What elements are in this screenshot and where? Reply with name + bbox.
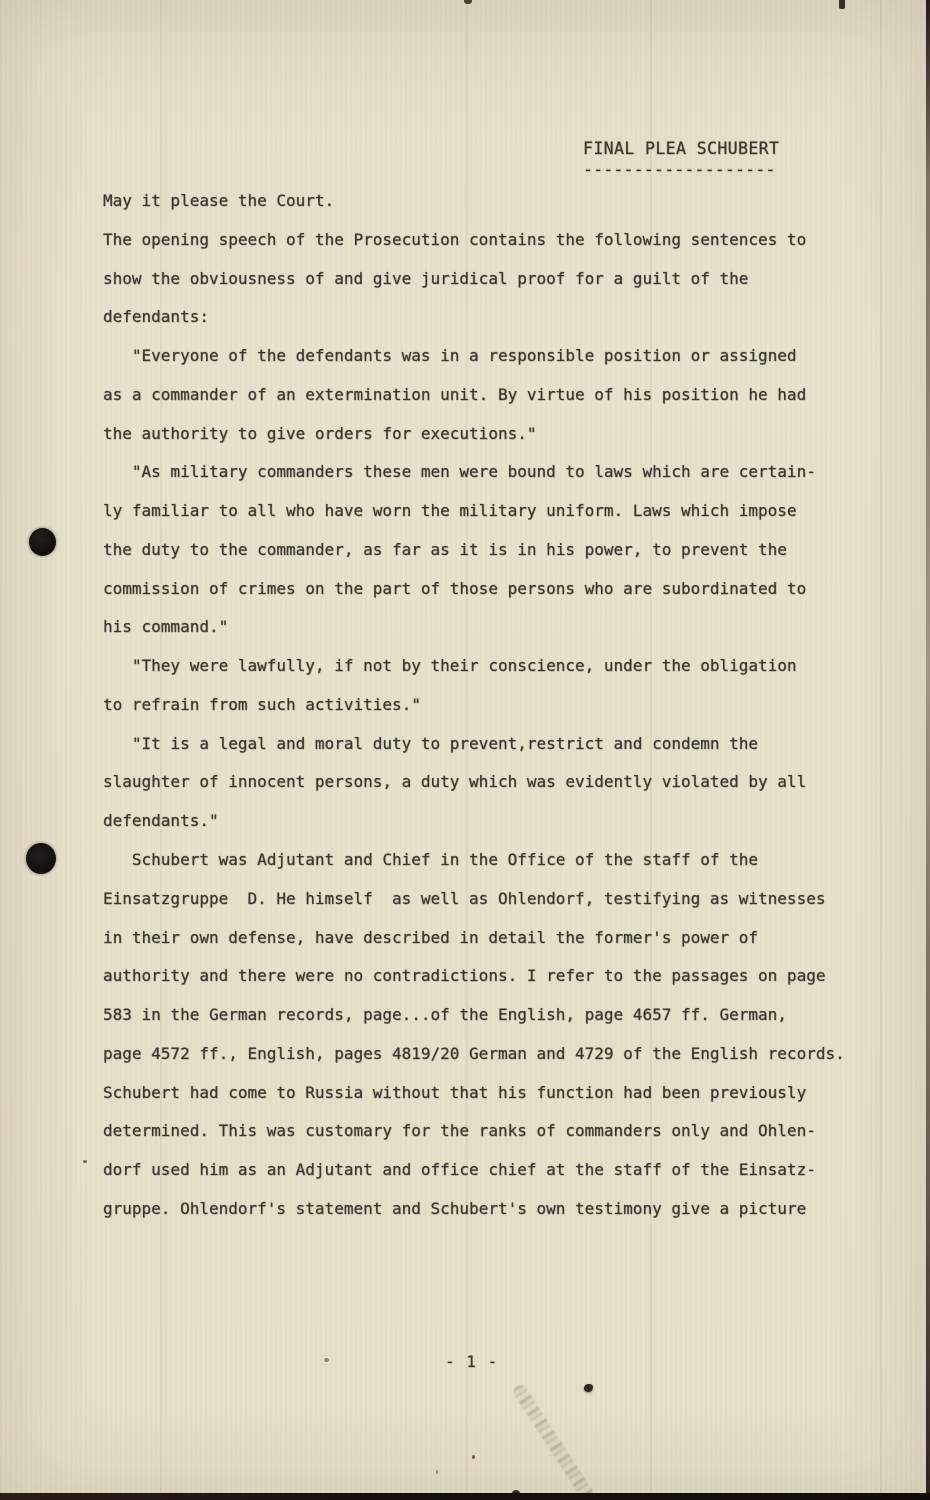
scan-edge-mark [839,0,845,9]
paper-speck [83,1160,87,1163]
paper-right-edge [926,0,930,1500]
text-line: ly familiar to all who have worn the mil… [103,492,893,531]
scan-edge-mark [464,0,472,4]
paper-speck [472,1455,475,1459]
text-line: as a commander of an extermination unit.… [103,376,893,415]
text-line: page 4572 ff., English, pages 4819/20 Ge… [103,1035,893,1074]
text-line: Schubert was Adjutant and Chief in the O… [103,841,893,880]
text-line: slaughter of innocent persons, a duty wh… [103,763,893,802]
text-line: dorf used him as an Adjutant and office … [103,1151,893,1190]
text-line: defendants." [103,802,893,841]
paper-speck [436,1470,438,1474]
text-line: "As military commanders these men were b… [103,453,893,492]
text-line: the duty to the commander, as far as it … [103,531,893,570]
punch-hole-bottom [26,843,56,874]
text-line: authority and there were no contradictio… [103,957,893,996]
ink-blot [584,1384,593,1392]
text-line: May it please the Court. [103,182,893,221]
document-body: May it please the Court. The opening spe… [103,182,893,1229]
document-title: FINAL PLEA SCHUBERT [583,138,779,160]
page-number: - 1 - [445,1348,498,1376]
punch-hole-top [29,528,56,556]
text-line: in their own defense, have described in … [103,919,893,958]
text-line: defendants: [103,298,893,337]
text-line: 583 in the German records, page...of the… [103,996,893,1035]
pencil-smudge [511,1383,595,1500]
document-header: FINAL PLEA SCHUBERT ------------------- [583,138,779,177]
text-line: gruppe. Ohlendorf's statement and Schube… [103,1190,893,1229]
title-underline: ------------------- [583,163,779,177]
scanned-document-page: FINAL PLEA SCHUBERT ------------------- … [0,0,930,1500]
text-line: commission of crimes on the part of thos… [103,570,893,609]
text-line: "It is a legal and moral duty to prevent… [103,725,893,764]
paper-speck [324,1358,329,1362]
text-line: The opening speech of the Prosecution co… [103,221,893,260]
text-line: the authority to give orders for executi… [103,415,893,454]
text-line: "Everyone of the defendants was in a res… [103,337,893,376]
text-line: determined. This was customary for the r… [103,1112,893,1151]
text-line: to refrain from such activities." [103,686,893,725]
text-line: his command." [103,608,893,647]
text-line: "They were lawfully, if not by their con… [103,647,893,686]
text-line: Einsatzgruppe D. He himself as well as O… [103,880,893,919]
text-line: show the obviousness of and give juridic… [103,260,893,299]
paper-bottom-edge [0,1493,930,1500]
text-line: Schubert had come to Russia without that… [103,1074,893,1113]
